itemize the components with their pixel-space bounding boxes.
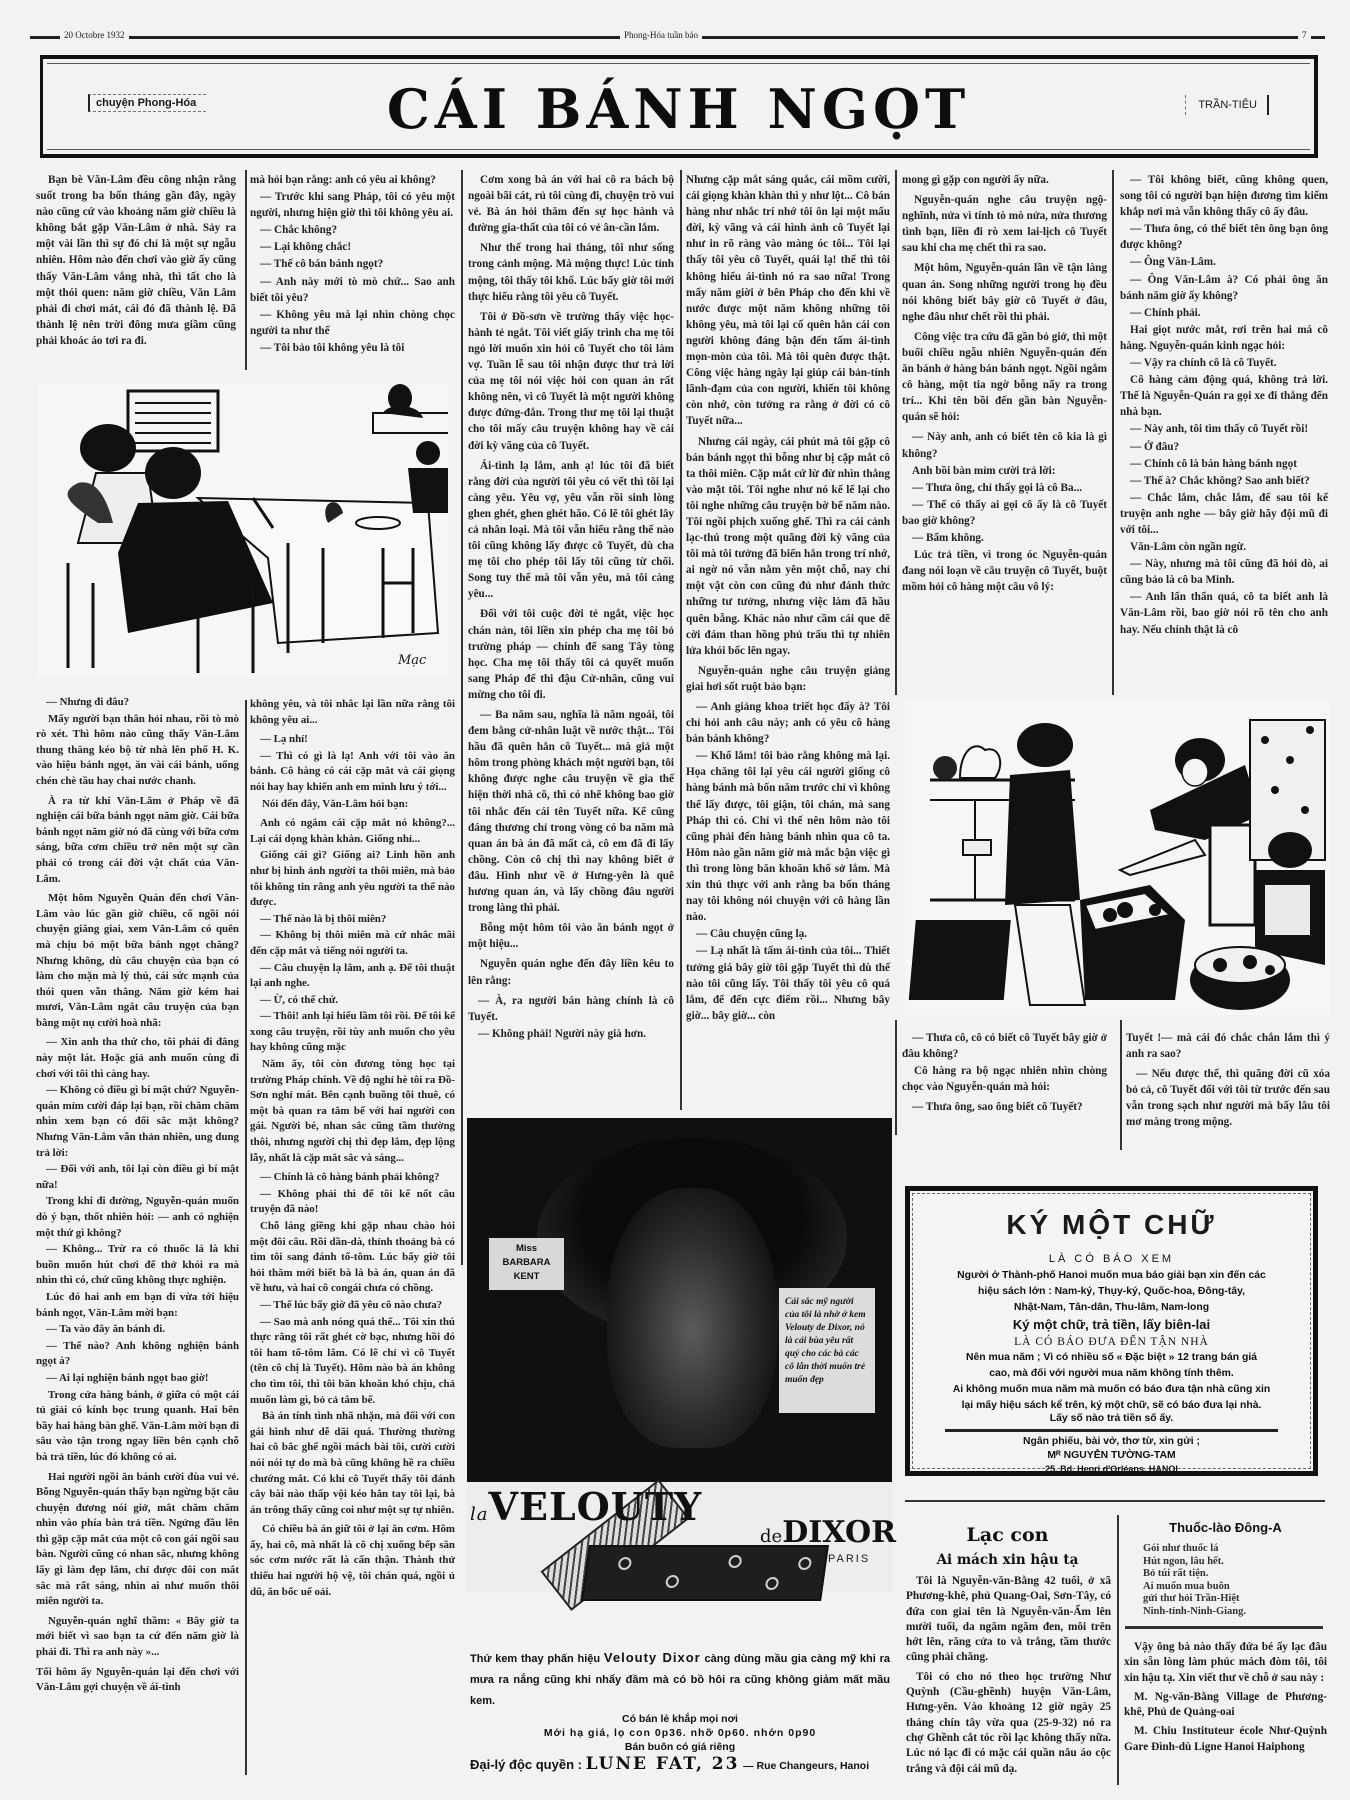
dialogue-line: — Ừ, có thế chứ. — [250, 993, 455, 1009]
story-column-5: mong gì gặp con người ấy nữa. Nguyễn-quá… — [902, 172, 1107, 599]
paragraph: Có chiều bà án giữ tôi ở lại ăn cơm. Hôm… — [250, 1522, 455, 1600]
dialogue-line: — Sao mà anh nóng quá thế... Tôi xin thú… — [250, 1315, 455, 1409]
parlor-scene-icon — [905, 700, 1330, 1015]
column-rule — [895, 170, 897, 695]
agency-label: Đại-lý độc quyền : — [470, 1757, 582, 1772]
paragraph: Tôi là Nguyễn-văn-Bằng 42 tuổi, ở xã Phư… — [906, 1574, 1111, 1666]
dialogue-line: — Thưa cô, cô có biết cô Tuyết bây giờ ở… — [902, 1030, 1107, 1062]
dialogue-line: — Thế à? Chắc không? Sao anh biết? — [1120, 473, 1328, 489]
paragraph: Cô hàng ra bộ ngạc nhiên nhìn chòng chọc… — [902, 1063, 1107, 1095]
contact-name: Mᴿ NGUYỄN TƯỜNG-TAM — [920, 1450, 1303, 1461]
dialogue-line: — Anh giảng khoa triết học đấy à? Tôi ch… — [686, 699, 890, 747]
name-line: Miss — [489, 1242, 564, 1256]
story-masthead: chuyện Phong-Hóa CÁI BÁNH NGỌT TRẦN-TIÊU — [40, 55, 1318, 158]
exclusive-agency: Đại-lý độc quyền : LUNE FAT, 23 — Rue Ch… — [470, 1754, 895, 1774]
paragraph: Tôi có cho nó theo học trường Như Quỳnh … — [906, 1670, 1111, 1777]
tobacco-line: Ninh-tỉnh-Ninh-Giang. — [1143, 1606, 1246, 1619]
wholesale-note: Bán buôn có giá riêng — [470, 1741, 890, 1753]
logo-de: de — [760, 1526, 782, 1547]
ad-line: LÀ CÓ BÁO ĐƯA ĐẾN TẬN NHÀ — [920, 1336, 1303, 1348]
dialogue-line: — Không phải! Người này già hơn. — [468, 1026, 674, 1042]
parlor-illustration — [905, 700, 1330, 1015]
dialogue-line: — Thế nào là bị thôi miên? — [250, 912, 455, 928]
dialogue-line: — Bẩm không. — [902, 530, 1107, 546]
paragraph: Lúc đó hai anh em bạn đi vừa tới hiệu bá… — [36, 1290, 239, 1321]
tobacco-line: Hút ngon, lâu hết. — [1143, 1556, 1246, 1569]
paragraph: Nguyễn quán nghe đến đây liền kêu to lên… — [468, 956, 674, 988]
column-rule — [1117, 1515, 1119, 1785]
column-rule — [461, 170, 463, 1265]
cafe-scene-icon — [38, 383, 448, 678]
paragraph: Đối với tôi cuộc đời tẻ ngắt, việc học c… — [468, 606, 674, 703]
subscription-ad-title: KÝ MỘT CHỮ — [910, 1209, 1313, 1241]
paragraph: Hai người ngồi ăn bánh cười đùa vui vẻ. … — [36, 1470, 239, 1610]
paragraph: Như thế trong hai tháng, tôi như sống tr… — [468, 240, 674, 304]
paragraph: không yêu, và tôi nhắc lại lần nữa rằng … — [250, 697, 455, 728]
cafe-illustration: Mạc — [38, 383, 448, 678]
dialogue-line: — Lạ nhất là tấm ái-tình của tôi... Thiế… — [686, 943, 890, 1023]
dialogue-line: — Thế có thấy ai gọi cô ấy là cô Tuyết b… — [902, 497, 1107, 529]
paper-name: Phong-Hóa tuần báo — [620, 30, 702, 40]
ad-divider — [945, 1429, 1278, 1432]
address-line: M. Ng-văn-Bằng Village de Phương-khê, Ph… — [1124, 1690, 1327, 1721]
contact-address: 25, Bd. Henri d'Orléans, HANOI — [920, 1464, 1303, 1474]
dialogue-line: — Ta vào đây ăn bánh đi. — [36, 1322, 239, 1338]
paragraph: Bỗng một hôm tôi vào ăn bánh ngọt ở một … — [468, 920, 674, 952]
dialogue-line: — Thưa ông, sao ông biết cô Tuyết? — [902, 1099, 1107, 1115]
dialogue-line: — Chính là cô hàng bánh phải không? — [250, 1170, 455, 1186]
running-head: 20 Octobre 1932 Phong-Hóa tuần báo 7 — [30, 30, 1325, 44]
paragraph: Mấy người bạn thân hỏi nhau, rồi tò mò r… — [36, 712, 239, 790]
paragraph: Cô hàng cảm động quá, không trả lời. Thế… — [1120, 372, 1328, 420]
story-column-3: Cơm xong bà án với hai cô ra bách bộ ngo… — [468, 172, 674, 1043]
agency-name: LUNE FAT, 23 — [586, 1754, 740, 1774]
subscription-ad: KÝ MỘT CHỮ LÀ CÓ BÁO XEM Người ở Thành-p… — [905, 1186, 1318, 1476]
paragraph: Nhưng cặp mắt sáng quắc, cái mồm cười, c… — [686, 172, 890, 430]
dialogue-line: — Khổ lắm! tôi bảo rằng không mà lại. Họ… — [686, 748, 890, 925]
velouty-ad-copy: Thứ kem thay phấn hiệu Velouty Dixor càn… — [470, 1647, 890, 1712]
dialogue-line: — Này anh, anh có biết tên cô kia là gì … — [902, 429, 1107, 461]
dialogue-line: — Thôi! anh lại hiểu lầm tôi rồi. Để tôi… — [250, 1009, 455, 1056]
dialogue-line: — Nếu được thế, thì quãng đời cũ xóa bỏ … — [1126, 1066, 1330, 1130]
story-column-2-bottom: không yêu, và tôi nhắc lại lần nữa rằng … — [250, 697, 455, 1604]
name-line: BARBARA — [489, 1256, 564, 1270]
ad-line: Nhật-Nam, Tân-dân, Thu-lâm, Nam-long — [920, 1302, 1303, 1313]
artist-signature: Mạc — [398, 653, 426, 668]
dialogue-line: — Chính cô là bán hàng bánh ngọt — [1120, 456, 1328, 472]
column-rule — [1120, 1020, 1122, 1150]
paragraph: Chỗ láng giềng khi gặp nhau chào hỏi một… — [250, 1219, 455, 1297]
paragraph: Ái-tình lạ lắm, anh ạ! lúc tôi đã biết r… — [468, 458, 674, 603]
tobacco-ad-body: Gói như thuốc lá Hút ngon, lâu hết. Bỏ t… — [1143, 1543, 1246, 1618]
ad-line: lại mấy hiệu sách kể trên, ký một chữ, s… — [920, 1400, 1303, 1411]
paragraph: Tối hôm ấy Nguyễn-quán lại đến chơi với … — [36, 1665, 239, 1696]
lost-child-subtitle: Ai mách xin hậu tạ — [905, 1552, 1110, 1568]
story-column-4: Nhưng cặp mắt sáng quắc, cái mồm cười, c… — [686, 172, 890, 1025]
dialogue-line: — Ông Văn-Lâm. — [1120, 254, 1328, 270]
dialogue-line: — Thì có gì là lạ! Anh với tôi vào ăn bá… — [250, 749, 455, 796]
model-name-card: Miss BARBARA KENT — [489, 1238, 564, 1290]
paragraph: Lúc trả tiền, vì trong óc Nguyễn-quán đa… — [902, 547, 1107, 595]
story-column-6-bottom: Tuyết !— mà cái đó chắc chắn lắm thì ý a… — [1126, 1030, 1330, 1132]
story-column-5-bottom: — Thưa cô, cô có biết cô Tuyết bây giờ ở… — [902, 1030, 1107, 1116]
paragraph: Nguyễn-quán nghĩ thầm: « Bây giờ ta mới … — [36, 1614, 239, 1661]
dialogue-line: — Ai lại nghiện bánh ngọt bao giờ! — [36, 1371, 239, 1387]
author-byline: TRẦN-TIÊU — [1185, 95, 1269, 115]
paragraph: Cơm xong bà án với hai cô ra bách bộ ngo… — [468, 172, 674, 236]
dialogue-line: — Không có điều gì bí mật chứ? Nguyễn-qu… — [36, 1083, 239, 1161]
paragraph: Anh bồi bàn mỉm cười trả lời: — [902, 463, 1107, 479]
ad-line: Người ở Thành-phố Hanoi muốn mua báo giả… — [920, 1270, 1303, 1281]
ad-divider — [1125, 1626, 1323, 1629]
dialogue-line: — Nhưng đi đâu? — [36, 695, 239, 711]
column-rule — [245, 170, 247, 370]
paragraph: Bà án tính tình nhã nhặn, mà đối với con… — [250, 1409, 455, 1518]
agency-address: — Rue Changeurs, Hanoi — [743, 1760, 869, 1772]
dialogue-line: — Không... Trừ ra có thuốc lá là khi buồ… — [36, 1242, 239, 1289]
dialogue-line: — Thế lúc bấy giờ đã yêu cô nào chưa? — [250, 1298, 455, 1314]
ad-line: Nên mua năm ; Vì có nhiều số « Đặc biệt … — [920, 1352, 1303, 1363]
paragraph: Một hôm Nguyễn Quán đến chơi Văn-Lâm vào… — [36, 891, 239, 1031]
dixor-logo: deDIXOR — [760, 1515, 896, 1550]
logo-dixor: DIXOR — [782, 1515, 896, 1550]
paragraph: Tôi ở Đồ-sơn về trường thấy việc học-hàn… — [468, 309, 674, 454]
lost-child-continued: Vậy ông bà nào thấy đứa bé ấy lạc đâu xi… — [1124, 1640, 1327, 1759]
column-rule — [680, 170, 682, 1110]
paragraph: Trong khi đi đường, Nguyễn-quán muốn dò … — [36, 1194, 239, 1241]
logo-velouty: VELOUTY — [489, 1484, 703, 1529]
dialogue-line: — Thưa ông, có thể biết tên ông bạn ông … — [1120, 221, 1328, 253]
dialogue-line: — Này, nhưng mà tôi cũng đã hỏi dò, ai c… — [1120, 556, 1328, 588]
address-line: M. Chiu Instituteur école Như-Quỳnh Gare… — [1124, 1724, 1327, 1755]
tobacco-ad-title: Thuốc-lào Đông-A — [1123, 1520, 1328, 1535]
column-rule — [895, 1020, 897, 1135]
paragraph: Văn-Lâm còn ngần ngừ. — [1120, 539, 1328, 555]
story-column-1-top: Bạn bè Văn-Lâm đều công nhận rằng suốt t… — [36, 172, 236, 353]
dialogue-line: — Đối với anh, tôi lại còn điều gì bí mậ… — [36, 1162, 239, 1193]
lost-child-body: Tôi là Nguyễn-văn-Bằng 42 tuổi, ở xã Phư… — [906, 1574, 1111, 1781]
dialogue-line: Anh có ngắm cái cặp mắt nó không?... Lại… — [250, 816, 455, 847]
tobacco-line: Gói như thuốc lá — [1143, 1543, 1246, 1556]
column-rule — [245, 700, 247, 1775]
paragraph: Bạn bè Văn-Lâm đều công nhận rằng suốt t… — [36, 172, 236, 349]
dialogue-line: — Thế nào? Anh không nghiện bánh ngọt à? — [36, 1339, 239, 1370]
dialogue-line: — Chắc không? — [250, 222, 455, 238]
column-rule — [1112, 170, 1114, 695]
velouty-ad-photo: Miss BARBARA KENT Cái sắc mỹ người của t… — [467, 1118, 892, 1490]
ad-line: Lấy số nào trả tiền số ấy. — [920, 1413, 1303, 1424]
dialogue-line: — Không phải thì để tôi kể nốt câu truyệ… — [250, 1187, 455, 1218]
copy-text: Thứ kem thay phấn hiệu — [470, 1653, 600, 1665]
dialogue-line: — Anh này mới tò mò chứ... Sao anh biết … — [250, 274, 455, 306]
paragraph: — Ba năm sau, nghĩa là năm ngoái, tôi đe… — [468, 707, 674, 916]
paragraph: Vậy ông bà nào thấy đứa bé ấy lạc đâu xi… — [1124, 1640, 1327, 1686]
dialogue-line: — À, ra người bán hàng chính là cô Tuyết… — [468, 993, 674, 1025]
dialogue-line: — Tôi không biết, cũng không quen, song … — [1120, 172, 1328, 220]
velouty-logo: laVELOUTY — [470, 1484, 702, 1529]
story-column-1-bottom: — Nhưng đi đâu? Mấy người bạn thân hỏi n… — [36, 695, 239, 1700]
portrait-face — [607, 1188, 777, 1448]
dialogue-line: — Này anh, tôi tìm thấy cô Tuyết rồi! — [1120, 421, 1328, 437]
copy-brand: Velouty Dixor — [604, 1650, 701, 1665]
ad-line: cao, mà đối với người mua năm không tính… — [920, 1368, 1303, 1379]
ad-line-emphasis: Ký một chữ, trả tiền, lấy biên-lai — [920, 1317, 1303, 1332]
story-title: CÁI BÁNH NGỌT — [43, 77, 1314, 141]
ad-line: Ai không muốn mua năm mà muốn có báo đưa… — [920, 1384, 1303, 1395]
paragraph: Nói đến đây, Văn-Lâm hỏi bạn: — [250, 797, 455, 813]
dialogue-line: Giống cái gì? Giống ai? Linh hồn anh như… — [250, 848, 455, 910]
dialogue-line: — Trước khi sang Pháp, tôi có yêu một ng… — [250, 189, 455, 221]
contact-line: Ngân phiếu, bài vở, thơ từ, xin gửi ; — [920, 1436, 1303, 1447]
dialogue-line: — Vậy ra chính cô là cô Tuyết. — [1120, 355, 1328, 371]
dialogue-line: — Câu chuyện cũng lạ. — [686, 926, 890, 942]
dialogue-line: — Anh lẩn thẩn quá, cô ta biết anh là Vă… — [1120, 589, 1328, 637]
paragraph: Nguyễn-quán nghe câu truyện ngộ-nghĩnh, … — [902, 192, 1107, 256]
name-line: KENT — [489, 1270, 564, 1284]
cream-box-icon — [581, 1545, 829, 1601]
logo-paris: PARIS — [828, 1553, 870, 1565]
dialogue-line: — Lạ nhỉ! — [250, 732, 455, 748]
dialogue-line: — Thưa ông, chỉ thấy gọi là cô Ba... — [902, 480, 1107, 496]
paragraph: Một hôm, Nguyễn-quán lần về tận làng qua… — [902, 260, 1107, 324]
dialogue-line: — Chính phải. — [1120, 305, 1328, 321]
paragraph: À ra từ khi Văn-Lâm ở Pháp về đã nghiện … — [36, 794, 239, 888]
ad-line: hiệu sách lớn : Nam-ký, Thụy-ký, Quốc-ho… — [920, 1286, 1303, 1297]
paragraph: mong gì gặp con người ấy nữa. — [902, 172, 1107, 188]
story-column-6: — Tôi không biết, cũng không quen, song … — [1120, 172, 1328, 639]
lost-child-title: Lạc con — [905, 1524, 1110, 1546]
dialogue-line: — Xin anh tha thứ cho, tôi phải đi đằng … — [36, 1035, 239, 1082]
logo-la: la — [470, 1504, 489, 1525]
page-number: 7 — [1298, 30, 1311, 40]
dialogue-line: — Lại không chắc! — [250, 239, 455, 255]
paragraph: mà hỏi bạn rằng: anh có yêu ai không? — [250, 172, 455, 188]
paragraph: Nguyễn-quán nghe câu truyện giảng giai h… — [686, 663, 890, 695]
tobacco-line: Ai muốn mua buôn — [1143, 1581, 1246, 1594]
dialogue-line: — Tôi bảo tôi không yêu là tôi — [250, 340, 455, 356]
testimonial-quote: Cái sắc mỹ người của tôi là nhờ ở kem Ve… — [779, 1288, 875, 1413]
ad-line: LÀ CÓ BÁO XEM — [920, 1253, 1303, 1265]
price-list: Mới hạ giá, lọ con 0p36. nhỡ 0p60. nhớn … — [470, 1727, 890, 1739]
paragraph: Trong cửa hàng bánh, ở giữa có một cái t… — [36, 1388, 239, 1466]
section-divider — [905, 1500, 1325, 1502]
sold-everywhere: Có bán lẻ khắp mọi nơi — [470, 1713, 890, 1725]
dialogue-line: — Chắc lắm, chắc lắm, để sau tôi kể truy… — [1120, 490, 1328, 538]
issue-date: 20 Octobre 1932 — [60, 30, 129, 40]
dialogue-line: — Không bị thôi miên mà cứ nhắc mãi đến … — [250, 928, 455, 959]
tobacco-line: gửi thư hỏi Trần-Hiệt — [1143, 1593, 1246, 1606]
dialogue-line: — Không yêu mà lại nhìn chòng chọc người… — [250, 307, 455, 339]
paragraph: Năm ấy, tôi còn đương tòng học tại trườn… — [250, 1057, 455, 1166]
dialogue-line: — Ở đâu? — [1120, 439, 1328, 455]
paragraph: Nhưng cái ngày, cái phút mà tôi gặp cô b… — [686, 434, 890, 659]
tobacco-line: Bỏ túi rất tiện. — [1143, 1568, 1246, 1581]
paragraph: Công việc tra cứu đã gần bỏ giở, thì một… — [902, 329, 1107, 426]
paragraph: Tuyết !— mà cái đó chắc chắn lắm thì ý a… — [1126, 1030, 1330, 1062]
dialogue-line: — Ông Văn-Lâm à? Có phải ông ăn bánh năm… — [1120, 272, 1328, 304]
paragraph: Hai giọt nước mắt, rơi trên hai má cô hà… — [1120, 322, 1328, 354]
story-column-2-top: mà hỏi bạn rằng: anh có yêu ai không? — … — [250, 172, 455, 357]
dialogue-line: — Thế cô bán bánh ngọt? — [250, 256, 455, 272]
dialogue-line: — Câu chuyện lạ lắm, anh ạ. Để tôi thuật… — [250, 961, 455, 992]
